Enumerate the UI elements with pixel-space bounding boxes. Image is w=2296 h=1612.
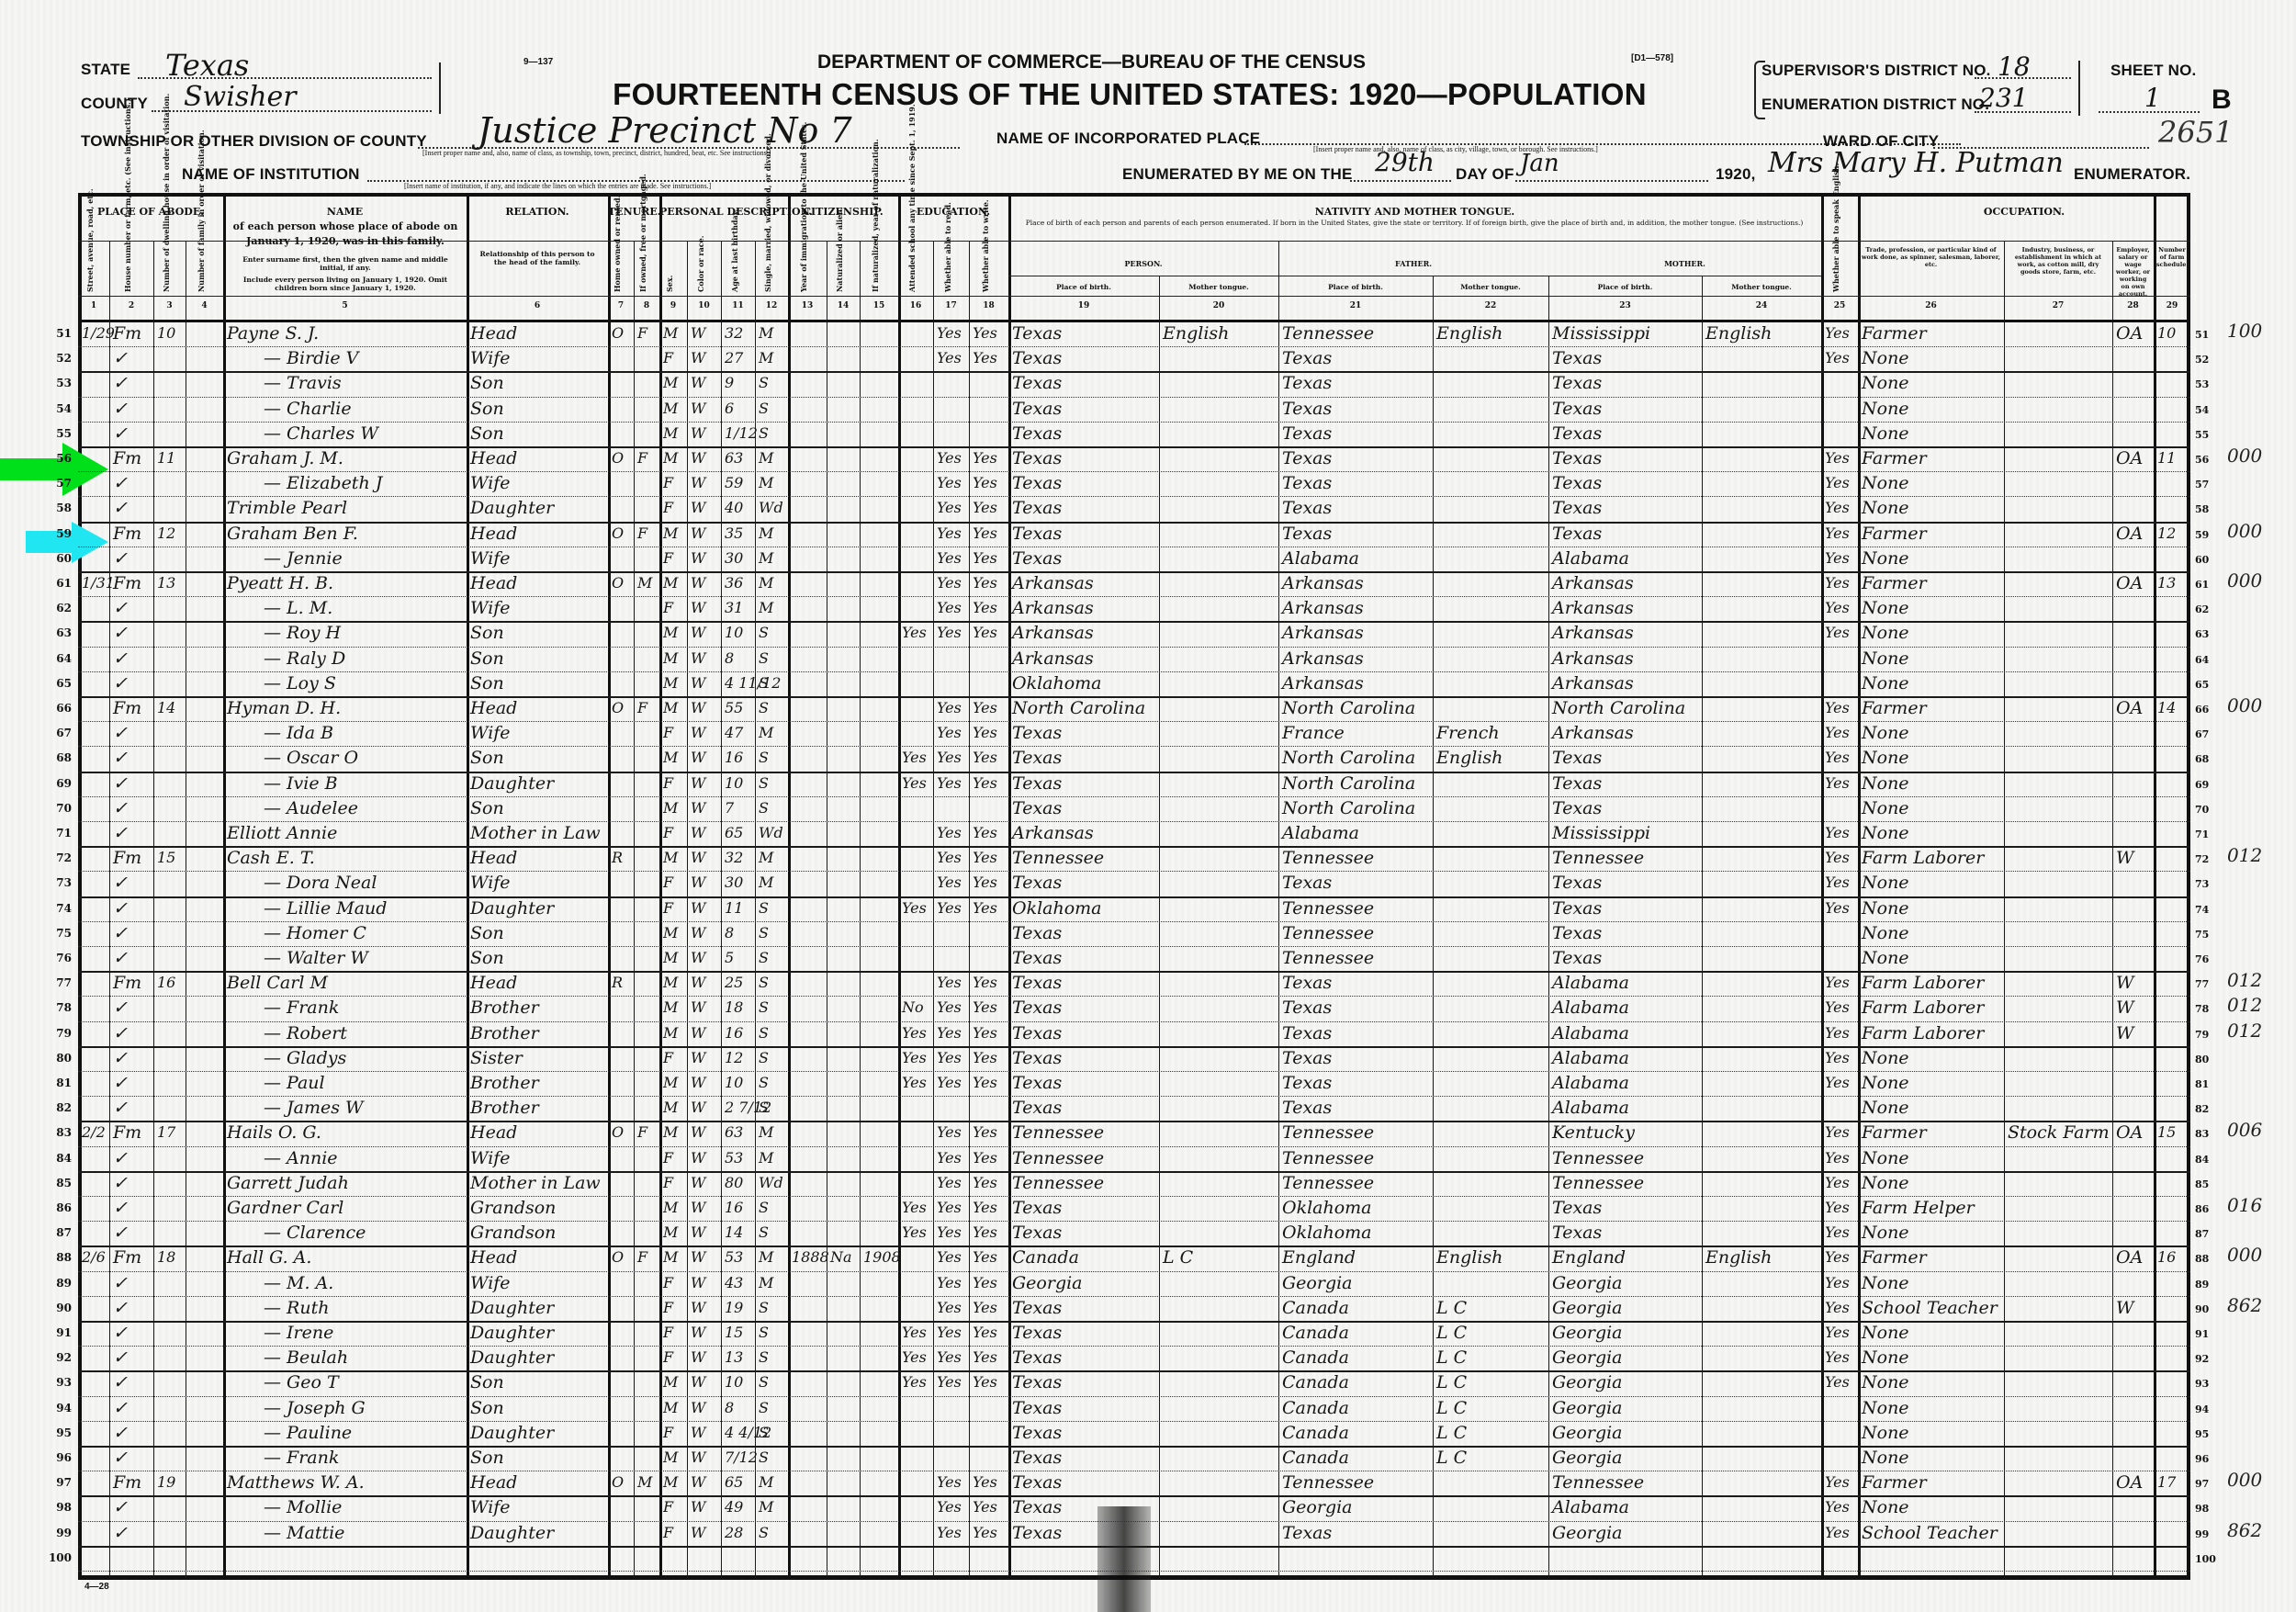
cell-pob: Texas [1012, 1197, 1062, 1219]
column-number: 18 [969, 301, 1008, 310]
name-header-include-note: Include every person living on January 1… [234, 276, 456, 292]
cell-color: W [691, 1272, 705, 1294]
cell-english: Yes [1825, 1371, 1850, 1393]
cell-write: Yes [973, 1322, 997, 1344]
cell-color: W [691, 648, 705, 670]
line-number-left: 51 [37, 327, 72, 340]
cell-house: Fm [113, 972, 141, 994]
cell-read: Yes [937, 897, 962, 919]
cell-read: Yes [937, 1322, 962, 1344]
cell-mpob: Mississippi [1552, 322, 1650, 344]
cell-pob: Texas [1012, 947, 1062, 969]
cell-sex: M [663, 423, 678, 445]
cell-english: Yes [1825, 523, 1850, 545]
line-number-right: 86 [2195, 1203, 2209, 1215]
line-number-right: 89 [2195, 1279, 2209, 1291]
cell-mpob: England [1552, 1246, 1626, 1268]
cell-trade: Farmer [1862, 322, 1927, 344]
cell-marital: M [759, 447, 773, 469]
cell-relation: Wife [470, 872, 511, 894]
cell-color: W [691, 322, 705, 344]
cell-mpob: Texas [1552, 747, 1602, 769]
cell-name: — Walter W [227, 947, 368, 969]
line-number-left: 70 [37, 802, 72, 815]
cell-pob: Georgia [1012, 1272, 1083, 1294]
cell-marital: S [759, 1371, 769, 1393]
column-number: 1 [78, 301, 109, 310]
line-number-left: 85 [37, 1177, 72, 1189]
cell-mpob: Arkansas [1552, 622, 1634, 644]
cell-fpob: Canada [1282, 1422, 1349, 1444]
institution-hint: [Insert name of institution, if any, and… [404, 182, 711, 190]
cell-age: 4 11/12 [725, 672, 781, 694]
line-number-left: 91 [37, 1326, 72, 1339]
line-number-right: 74 [2195, 904, 2209, 916]
cell-trade: None [1862, 1072, 1909, 1094]
cell-fpob: France [1282, 722, 1345, 744]
line-number-right: 70 [2195, 804, 2209, 816]
header-c13: Year of immigration to the United States… [800, 244, 808, 292]
column-number: 29 [2154, 301, 2190, 310]
cell-sex: M [663, 372, 678, 394]
cell-write: Yes [973, 772, 997, 795]
cell-pob: Texas [1012, 1297, 1062, 1319]
cell-pob: Texas [1012, 1222, 1062, 1244]
cell-house: ✓ [113, 872, 128, 894]
line-number-right: 81 [2195, 1078, 2209, 1090]
cell-trade: Farm Laborer [1862, 1022, 1984, 1044]
cell-english: Yes [1825, 747, 1850, 769]
cell-color: W [691, 1496, 705, 1518]
column-number: 10 [687, 301, 721, 310]
cell-relation: Head [470, 572, 517, 594]
cell-fpob: Texas [1282, 1022, 1332, 1044]
cell-trade: None [1862, 1047, 1909, 1069]
cell-fpob: England [1282, 1246, 1356, 1268]
ward-underline [1933, 147, 2149, 149]
cell-relation: Brother [470, 1022, 539, 1044]
cell-color: W [691, 1047, 705, 1069]
cell-read: Yes [937, 472, 962, 494]
cell-home: O [612, 1471, 624, 1494]
cell-age: 11 [725, 897, 743, 919]
cell-trade: None [1862, 1371, 1909, 1393]
cell-sex: M [663, 922, 678, 944]
cell-write: Yes [973, 1246, 997, 1268]
cell-pob: Texas [1012, 497, 1062, 519]
cell-trade: None [1862, 1222, 1909, 1244]
column-number: 2 [109, 301, 153, 310]
cell-mpob: Texas [1552, 872, 1602, 894]
cell-fpob: Canada [1282, 1397, 1349, 1419]
cell-sex: M [663, 1447, 678, 1469]
cell-trade: None [1862, 1322, 1909, 1344]
cell-write: Yes [973, 1522, 997, 1544]
cell-relation: Mother in Law [470, 1172, 601, 1194]
name-header-line2: January 1, 1920, was in this family. [225, 235, 466, 247]
cell-house: ✓ [113, 597, 128, 619]
cell-marital: S [759, 423, 769, 445]
cell-name: Graham J. M. [227, 447, 343, 469]
cell-write: Yes [973, 1496, 997, 1518]
cell-pob: Arkansas [1012, 597, 1094, 619]
cell-marital: M [759, 572, 773, 594]
cell-mtongue: English [1705, 1246, 1772, 1268]
cell-marital: S [759, 1322, 769, 1344]
cell-school: Yes [902, 1047, 927, 1069]
cell-english: Yes [1825, 622, 1850, 644]
cell-name: — Dora Neal [227, 872, 377, 894]
cell-read: Yes [937, 1022, 962, 1044]
cell-name: Elliott Annie [227, 822, 337, 844]
cell-sex: F [663, 1272, 673, 1294]
cell-fpob: Texas [1282, 1047, 1332, 1069]
line-number-left: 83 [37, 1126, 72, 1139]
column-number: 7 [608, 301, 634, 310]
cell-fpob: Canada [1282, 1371, 1349, 1393]
cell-name: — Annie [227, 1147, 338, 1169]
cell-pob: Texas [1012, 1422, 1062, 1444]
cell-marital: M [759, 847, 773, 869]
line-number-right: 51 [2195, 329, 2209, 341]
cell-mpob: Texas [1552, 922, 1602, 944]
cell-marital: Wd [759, 822, 783, 844]
line-number-right: 68 [2195, 753, 2209, 765]
stamp-number: 2651 [2158, 115, 2233, 150]
cell-mtongue: English [1705, 322, 1772, 344]
cell-pob: Texas [1012, 523, 1062, 545]
cell-ftongue: L C [1436, 1422, 1467, 1444]
line-number-right: 61 [2195, 579, 2209, 591]
column-number: 19 [1008, 301, 1159, 310]
cell-sex: M [663, 697, 678, 719]
header-c26: Trade, profession, or particular kind of… [1861, 246, 2001, 268]
cell-pob: Texas [1012, 1072, 1062, 1094]
line-number-left: 86 [37, 1201, 72, 1214]
line-number-right: 59 [2195, 529, 2209, 541]
cell-house: Fm [113, 697, 141, 719]
cell-pob: Texas [1012, 747, 1062, 769]
cell-fpob: Tennessee [1282, 897, 1374, 919]
cell-house: Fm [113, 1122, 141, 1144]
cell-trade: None [1862, 547, 1909, 569]
cell-fpob: Texas [1282, 997, 1332, 1019]
cell-write: Yes [973, 1172, 997, 1194]
cell-house: ✓ [113, 1322, 128, 1344]
line-number-right: 98 [2195, 1503, 2209, 1515]
cell-marital: S [759, 1022, 769, 1044]
cell-write: Yes [973, 523, 997, 545]
group-occupation: OCCUPATION. [1858, 206, 2190, 218]
cell-house: ✓ [113, 1172, 128, 1194]
cell-pob: North Carolina [1012, 697, 1145, 719]
supervisor-district-value: 18 [1998, 51, 2031, 82]
cell-marital: S [759, 1347, 769, 1369]
cell-marital: S [759, 1422, 769, 1444]
cell-trade: None [1862, 747, 1909, 769]
line-number-left: 61 [37, 577, 72, 590]
cell-color: W [691, 622, 705, 644]
line-number-left: 100 [37, 1551, 72, 1564]
cell-fpob: Alabama [1282, 547, 1359, 569]
enumerated-label: ENUMERATED BY ME ON THE [1122, 165, 1353, 184]
township-label: TOWNSHIP OR OTHER DIVISION OF COUNTY [81, 132, 427, 151]
line-number-left: 69 [37, 777, 72, 790]
cell-marital: S [759, 747, 769, 769]
cell-read: Yes [937, 1496, 962, 1518]
nativity-subheader-rule [1008, 276, 1821, 276]
cell-read: Yes [937, 722, 962, 744]
cell-natyear: 1908 [863, 1246, 901, 1268]
cell-ftongue: French [1436, 722, 1500, 744]
cell-school: Yes [902, 1347, 927, 1369]
cell-trade: Farmer [1862, 523, 1927, 545]
cell-write: Yes [973, 822, 997, 844]
cell-color: W [691, 1347, 705, 1369]
line-number-right: 82 [2195, 1103, 2209, 1115]
line-number-left: 92 [37, 1351, 72, 1364]
cell-fpob: Tennessee [1282, 947, 1374, 969]
cell-name: — Charlie [227, 398, 352, 420]
cell-write: Yes [973, 572, 997, 594]
cell-owned: F [637, 697, 647, 719]
line-number-right: 93 [2195, 1378, 2209, 1390]
cell-house: ✓ [113, 822, 128, 844]
cell-ftongue: English [1436, 747, 1503, 769]
cell-marital: M [759, 1496, 773, 1518]
cell-trade: None [1862, 1447, 1909, 1469]
cell-house: ✓ [113, 922, 128, 944]
cell-pob: Oklahoma [1012, 897, 1102, 919]
cell-mpob: Texas [1552, 497, 1602, 519]
cell-school: Yes [902, 747, 927, 769]
cell-trade: Farm Helper [1862, 1197, 1975, 1219]
column-number: 20 [1159, 301, 1278, 310]
cell-industry: Stock Farm [2008, 1122, 2110, 1144]
cell-relation: Wife [470, 1147, 511, 1169]
cell-house: ✓ [113, 897, 128, 919]
cell-name: — Pauline [227, 1422, 352, 1444]
column-number: 14 [827, 301, 860, 310]
line-number-right: 71 [2195, 829, 2209, 840]
cell-trade: None [1862, 1272, 1909, 1294]
header-c12: Single, married, widowed, or divorced. [764, 244, 772, 292]
line-number-left: 90 [37, 1302, 72, 1314]
cell-age: 6 [725, 398, 734, 420]
cell-house: ✓ [113, 398, 128, 420]
line-number-right: 100 [2195, 1553, 2216, 1565]
cell-color: W [691, 1172, 705, 1194]
header-c18: Whether able to write. [982, 244, 990, 292]
line-number-right: 88 [2195, 1253, 2209, 1265]
cell-farm: 15 [2157, 1122, 2176, 1144]
enumerated-month: Jan [1520, 150, 1559, 177]
column-divider [109, 241, 110, 1578]
cell-house: Fm [113, 847, 141, 869]
header-c1: Street, avenue, road, etc. [86, 209, 95, 292]
cell-relation: Daughter [470, 772, 554, 795]
cell-house: ✓ [113, 797, 128, 819]
cell-mpob: Kentucky [1552, 1122, 1635, 1144]
cell-write: Yes [973, 447, 997, 469]
cell-fpob: Texas [1282, 423, 1332, 445]
cell-sex: F [663, 597, 673, 619]
line-number-left: 58 [37, 502, 72, 514]
cell-pob: Arkansas [1012, 648, 1094, 670]
column-divider [634, 241, 635, 1578]
cell-color: W [691, 1022, 705, 1044]
line-number-left: 98 [37, 1501, 72, 1514]
cell-mpob: Alabama [1552, 1047, 1629, 1069]
column-number: 8 [634, 301, 659, 310]
cell-relation: Daughter [470, 1322, 554, 1344]
cell-relation: Head [470, 847, 517, 869]
cell-trade: None [1862, 822, 1909, 844]
cell-pob: Texas [1012, 872, 1062, 894]
cell-class: OA [2116, 697, 2143, 719]
margin-occupation-code: 000 [2227, 520, 2262, 542]
cell-trade: None [1862, 722, 1909, 744]
cell-marital: M [759, 322, 773, 344]
column-divider [721, 241, 722, 1578]
cell-read: Yes [937, 1246, 962, 1268]
cell-marital: S [759, 1197, 769, 1219]
cell-sex: F [663, 1496, 673, 1518]
column-number-rule [78, 296, 2190, 297]
cell-owned: F [637, 523, 647, 545]
cell-relation: Mother in Law [470, 822, 601, 844]
cell-ftongue: L C [1436, 1397, 1467, 1419]
cell-read: Yes [937, 1147, 962, 1169]
cell-color: W [691, 447, 705, 469]
cell-house: ✓ [113, 1397, 128, 1419]
cell-marital: S [759, 1222, 769, 1244]
cell-mpob: Alabama [1552, 1072, 1629, 1094]
cell-pob: Texas [1012, 922, 1062, 944]
cell-relation: Son [470, 1397, 504, 1419]
cell-age: 53 [725, 1147, 743, 1169]
cell-age: 7/12 [725, 1447, 758, 1469]
line-number-left: 78 [37, 1001, 72, 1014]
cell-sex: F [663, 1422, 673, 1444]
line-number-left: 94 [37, 1402, 72, 1415]
cell-marital: S [759, 897, 769, 919]
cell-write: Yes [973, 1047, 997, 1069]
cell-relation: Daughter [470, 897, 554, 919]
cell-sex: M [663, 797, 678, 819]
cell-read: Yes [937, 822, 962, 844]
cell-name: — Oscar O [227, 747, 358, 769]
cell-farm: 16 [2157, 1246, 2176, 1268]
form-number: 9—137 [523, 57, 553, 67]
cell-name: — Roy H [227, 622, 341, 644]
cell-trade: None [1862, 772, 1909, 795]
cell-sex: F [663, 772, 673, 795]
line-number-left: 82 [37, 1101, 72, 1114]
cell-english: Yes [1825, 497, 1850, 519]
cell-name: Hyman D. H. [227, 697, 341, 719]
margin-occupation-code: 012 [2227, 969, 2262, 991]
cell-pob: Texas [1012, 772, 1062, 795]
cell-color: W [691, 847, 705, 869]
cell-age: 27 [725, 347, 743, 369]
form-code: [D1—578] [1631, 53, 1673, 63]
cell-relation: Head [470, 1471, 517, 1494]
cell-age: 7 [725, 797, 734, 819]
cell-mpob: Texas [1552, 523, 1602, 545]
cell-color: W [691, 1471, 705, 1494]
line-number-left: 77 [37, 976, 72, 989]
cell-sex: F [663, 1347, 673, 1369]
column-number: 11 [721, 301, 755, 310]
cell-pob: Arkansas [1012, 572, 1094, 594]
cell-color: W [691, 972, 705, 994]
cell-pob: Tennessee [1012, 1122, 1104, 1144]
cell-class: W [2116, 1297, 2134, 1319]
column-divider [2004, 241, 2005, 1578]
cell-color: W [691, 1122, 705, 1144]
line-number-left: 96 [37, 1451, 72, 1464]
cell-ftongue: English [1436, 322, 1503, 344]
cell-fpob: Alabama [1282, 822, 1359, 844]
cell-marital: M [759, 547, 773, 569]
cell-sex: F [663, 347, 673, 369]
column-number: 28 [2112, 301, 2154, 310]
cell-mpob: Tennessee [1552, 1172, 1644, 1194]
cell-english: Yes [1825, 347, 1850, 369]
cell-write: Yes [973, 1347, 997, 1369]
cell-relation: Grandson [470, 1197, 556, 1219]
cell-age: 30 [725, 872, 743, 894]
cell-pob: Texas [1012, 447, 1062, 469]
cell-english: Yes [1825, 1297, 1850, 1319]
cell-mpob: Texas [1552, 797, 1602, 819]
cell-dwelling: 15 [157, 847, 175, 869]
header-c27: Industry, business, or establishment in … [2007, 246, 2110, 276]
cell-fpob: Arkansas [1282, 572, 1364, 594]
cell-relation: Son [470, 797, 504, 819]
cell-write: Yes [973, 1072, 997, 1094]
line-number-left: 62 [37, 602, 72, 614]
cell-pob: Texas [1012, 1471, 1062, 1494]
cell-age: 12 [725, 1047, 743, 1069]
cell-english: Yes [1825, 1496, 1850, 1518]
cell-ftongue: L C [1436, 1347, 1467, 1369]
margin-occupation-code: 006 [2227, 1119, 2262, 1141]
cell-write: Yes [973, 872, 997, 894]
cell-read: Yes [937, 972, 962, 994]
cell-house: ✓ [113, 1447, 128, 1469]
cell-marital: S [759, 1072, 769, 1094]
cell-name: Hails O. G. [227, 1122, 321, 1144]
cell-english: Yes [1825, 597, 1850, 619]
cell-house: ✓ [113, 423, 128, 445]
margin-occupation-code: 100 [2227, 320, 2262, 342]
line-number-left: 73 [37, 876, 72, 889]
line-number-right: 67 [2195, 728, 2209, 740]
cell-read: Yes [937, 1371, 962, 1393]
cell-name: — Clarence [227, 1222, 366, 1244]
row-rule [78, 1546, 2190, 1548]
line-number-right: 95 [2195, 1428, 2209, 1440]
cell-relation: Wife [470, 597, 511, 619]
cell-fpob: North Carolina [1282, 697, 1415, 719]
institution-label: NAME OF INSTITUTION [182, 165, 360, 184]
cell-name: — L. M. [227, 597, 332, 619]
cell-name: — Mattie [227, 1522, 344, 1544]
year-label: 1920, [1716, 165, 1756, 184]
cell-marital: M [759, 1147, 773, 1169]
